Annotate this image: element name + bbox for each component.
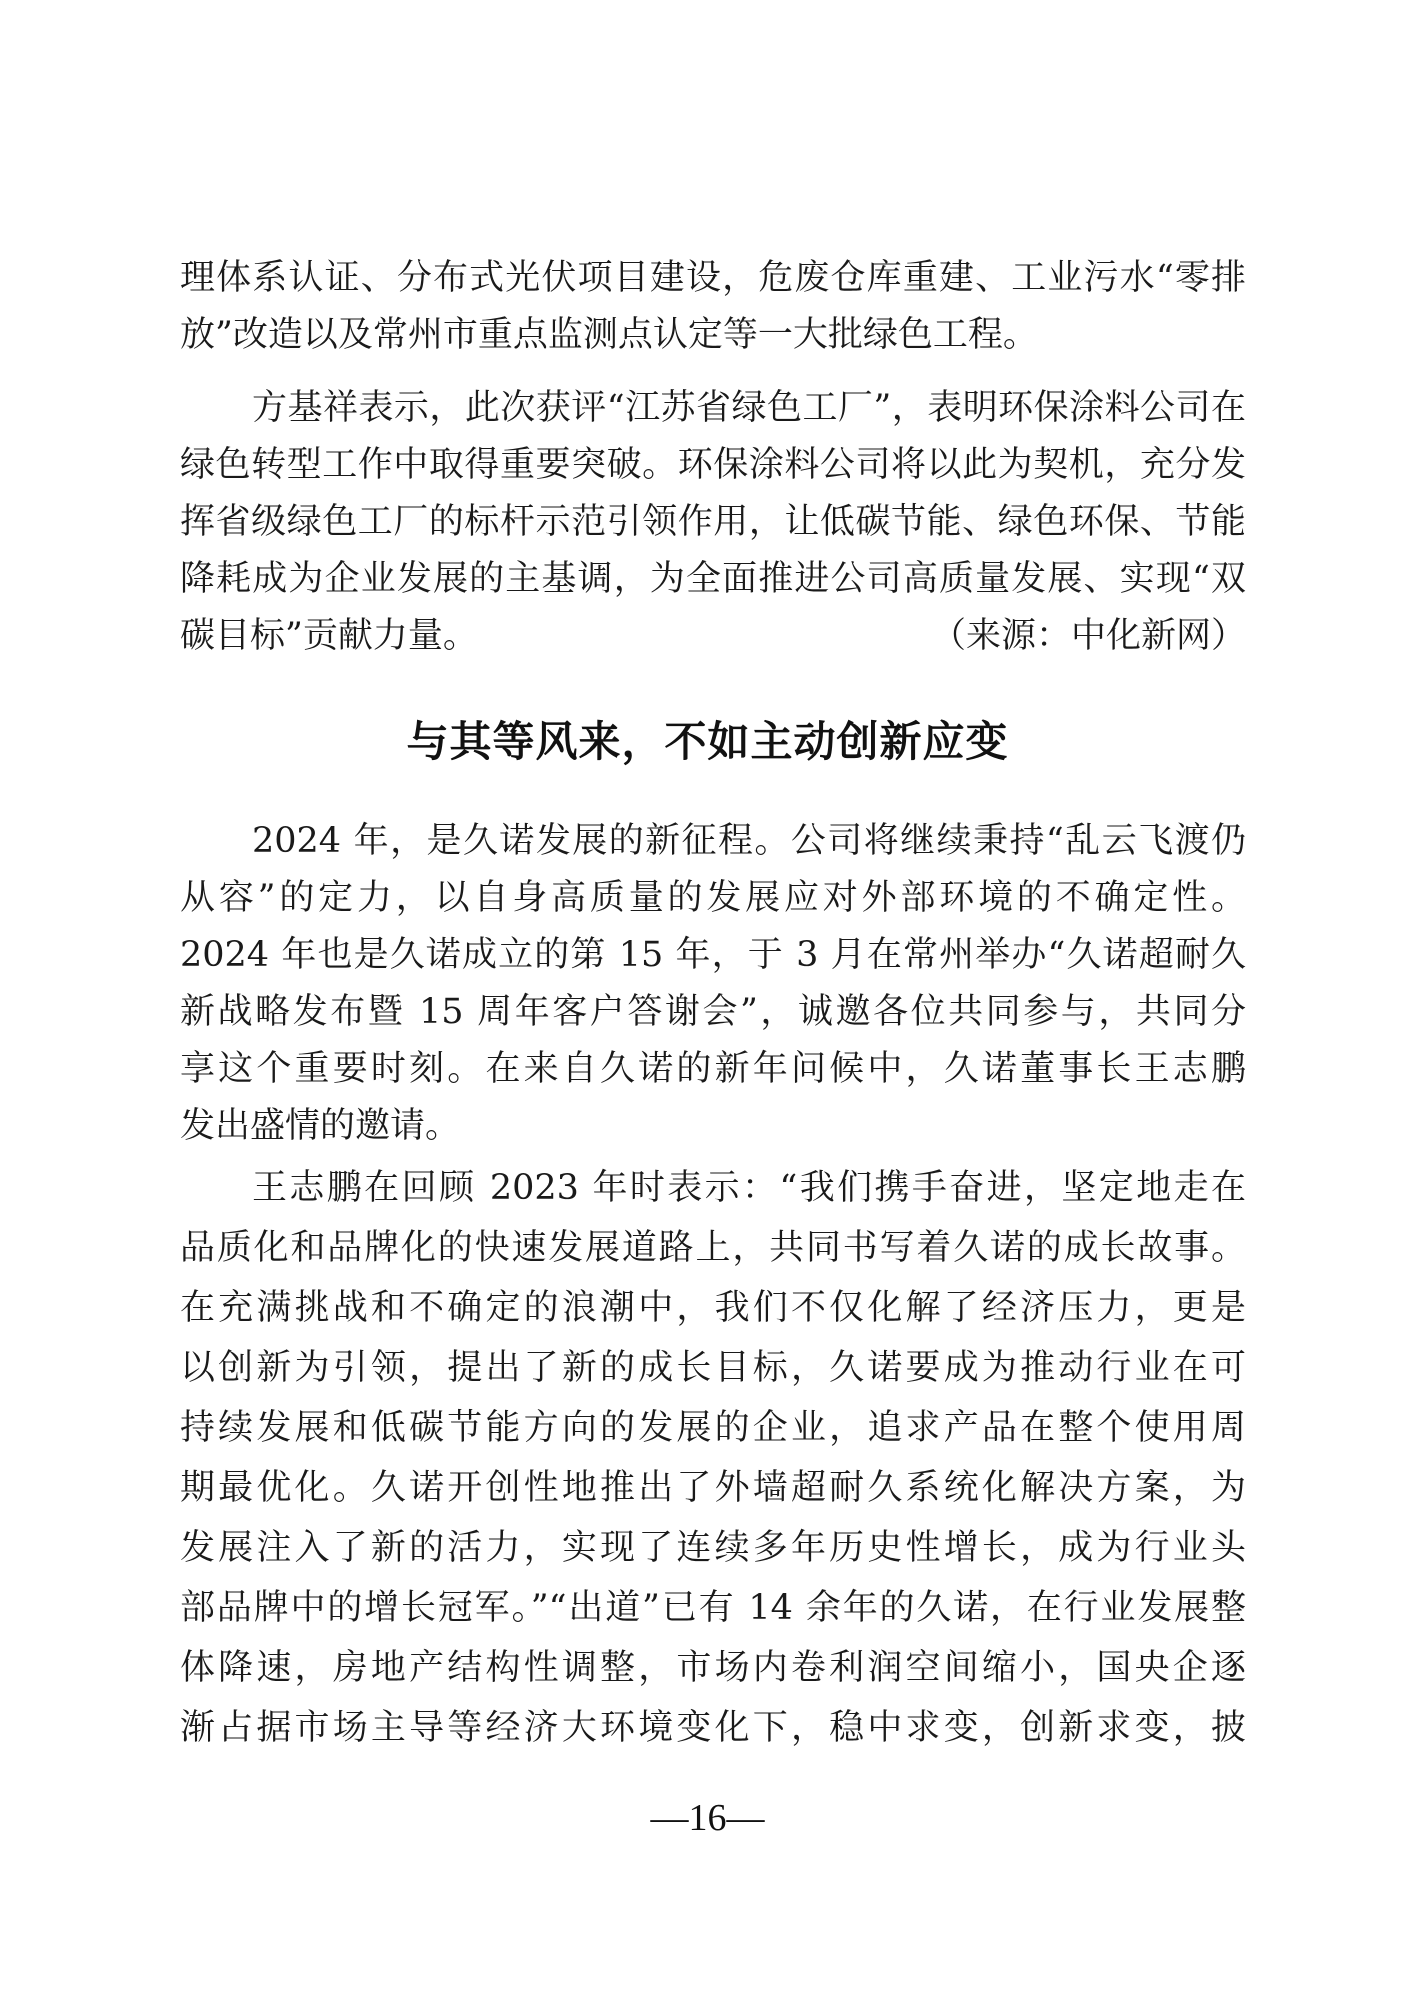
text-line: 降耗成为企业发展的主基调，为全面推进公司高质量发展、实现“双 (180, 551, 1246, 608)
text-line: 挥省级绿色工厂的标杆示范引领作用，让低碳节能、绿色环保、节能 (180, 494, 1246, 551)
text-line: 体降速，房地产结构性调整，市场内卷利润空间缩小，国央企逐 (180, 1640, 1246, 1697)
text-line: 新战略发布暨 15 周年客户答谢会”，诚邀各位共同参与，共同分 (180, 984, 1246, 1041)
text-line: 发出盛情的邀请。 (180, 1098, 1246, 1155)
page-number: —16— (0, 1795, 1415, 1841)
text-line: 在充满挑战和不确定的浪潮中，我们不仅化解了经济压力，更是 (180, 1280, 1246, 1337)
text-line: 部品牌中的增长冠军。”“出道”已有 14 余年的久诺，在行业发展整 (180, 1580, 1246, 1637)
text-line: 享这个重要时刻。在来自久诺的新年问候中，久诺董事长王志鹏 (180, 1041, 1246, 1098)
text-line: 2024 年也是久诺成立的第 15 年，于 3 月在常州举办“久诺超耐久 (180, 927, 1246, 984)
text-line: 方基祥表示，此次获评“江苏省绿色工厂”，表明环保涂料公司在 (252, 380, 1246, 437)
text-line: 品质化和品牌化的快速发展道路上，共同书写着久诺的成长故事。 (180, 1220, 1246, 1277)
article-title: 与其等风来，不如主动创新应变 (0, 712, 1415, 772)
text-line: 持续发展和低碳节能方向的发展的企业，追求产品在整个使用周 (180, 1400, 1246, 1457)
text-line: 渐占据市场主导等经济大环境变化下，稳中求变，创新求变，披 (180, 1700, 1246, 1757)
source-attribution: （来源：中化新网） (931, 608, 1246, 665)
text-line: 放”改造以及常州市重点监测点认定等一大批绿色工程。 (180, 307, 1246, 364)
text-line: 期最优化。久诺开创性地推出了外墙超耐久系统化解决方案，为 (180, 1460, 1246, 1517)
text-line: 王志鹏在回顾 2023 年时表示：“我们携手奋进，坚定地走在 (252, 1160, 1246, 1217)
text-line: 以创新为引领，提出了新的成长目标，久诺要成为推动行业在可 (180, 1340, 1246, 1397)
text-line: 2024 年，是久诺发展的新征程。公司将继续秉持“乱云飞渡仍 (252, 813, 1246, 870)
text-line: 发展注入了新的活力，实现了连续多年历史性增长，成为行业头 (180, 1520, 1246, 1577)
source-line: （来源：中化新网） (0, 608, 1415, 665)
text-line: 理体系认证、分布式光伏项目建设，危废仓库重建、工业污水“零排 (180, 250, 1246, 307)
text-line: 从容”的定力，以自身高质量的发展应对外部环境的不确定性。 (180, 870, 1246, 927)
text-line: 绿色转型工作中取得重要突破。环保涂料公司将以此为契机，充分发 (180, 437, 1246, 494)
document-page: 理体系认证、分布式光伏项目建设，危废仓库重建、工业污水“零排 放”改造以及常州市… (0, 0, 1415, 2000)
